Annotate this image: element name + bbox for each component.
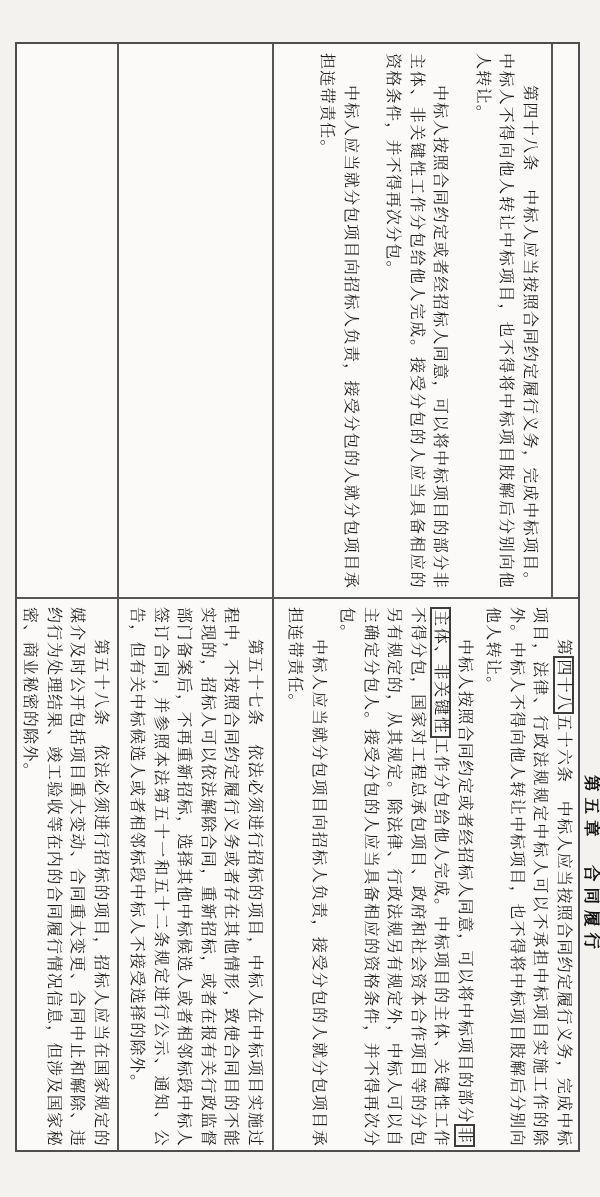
law-text-segment: 中标人应当就分包项目向招标人负责，接受分包的人就分包项目承担连带责任。 <box>319 53 360 589</box>
law-text-segment: 中标人按照合同约定或者经招标人同意，可以将中标项目的部分非主体、非关键性工作分包… <box>385 53 449 589</box>
law-text-segment: 中标人按照合同约定或者经招标人同意，可以将中标项目的部分 <box>456 639 473 1124</box>
law-text-segment: 第四十八条 中标人应当按照合同约定履行义务，完成中标项目。中标人不得向他人转让中… <box>474 53 538 589</box>
law-text-segment: 第 <box>555 639 572 656</box>
law-text-segment: 中标人应当就分包项目向招标人负责，接受分包的人就分包项目承担连带责任。 <box>287 607 328 1147</box>
law-text-segment: 第五十八条 依法必须进行招标的项目，招标人应当在国家规定的媒介及时公开包括项目重… <box>22 607 110 1147</box>
scanned-page: { "page": { "chapter_title": "第五章 合同履行",… <box>0 0 600 1197</box>
new-law-article-57-cell: 第五十七条 依法必须进行招标的项目，中标人在中标项目实施过程中，不按照合同约定履… <box>117 599 272 1154</box>
new-law-article-58-cell: 第五十八条 依法必须进行招标的项目，招标人应当在国家规定的媒介及时公开包括项目重… <box>13 599 117 1154</box>
law-text-segment: 第五十七条 依法必须进行招标的项目，中标人在中标项目实施过程中，不按照合同约定履… <box>129 607 264 1147</box>
deleted-text-box: 四十八 <box>553 656 574 714</box>
chapter-title: 第五章 合同履行 <box>581 755 600 975</box>
old-law-empty-cell-row3 <box>13 44 117 597</box>
new-law-article-56-cell: 第四十八五十六条 中标人应当按照合同约定履行义务，完成中标项目，法律、行政法规规… <box>272 599 578 1154</box>
old-law-empty-cell-row2 <box>117 44 272 597</box>
rotated-document-sheet: 第五章 合同履行 第四十八条 中标人应当按照合同约定履行义务，完成中标项目。中标… <box>0 0 600 1197</box>
old-law-article-48-cell: 第四十八条 中标人应当按照合同约定履行义务，完成中标项目。中标人不得向他人转让中… <box>272 44 553 597</box>
comparison-table: 第四十八条 中标人应当按照合同约定履行义务，完成中标项目。中标人不得向他人转让中… <box>15 42 580 1152</box>
